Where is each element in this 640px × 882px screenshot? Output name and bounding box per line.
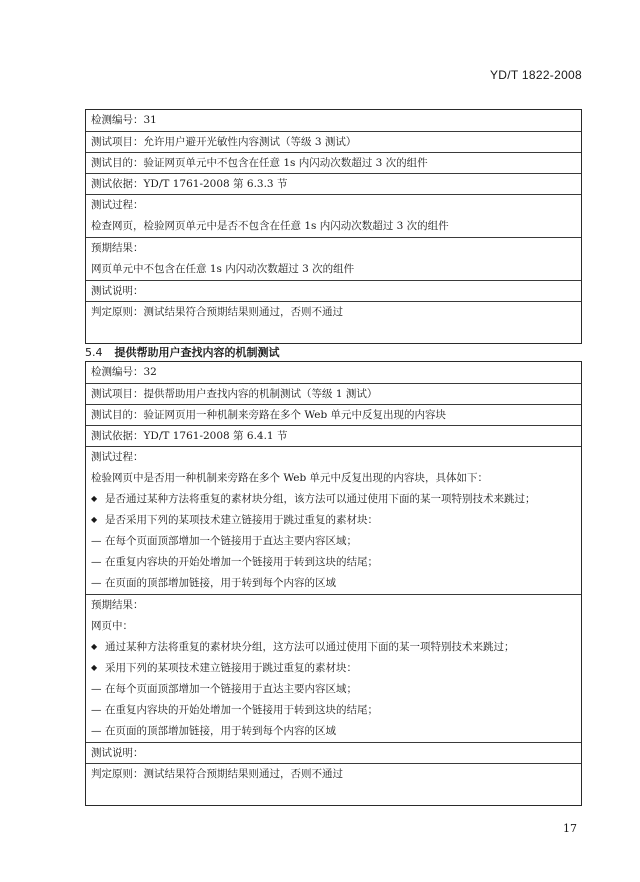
expected-text: 网页单元中不包含在任意 1s 内闪动次数超过 3 次的组件 xyxy=(91,259,581,280)
test-basis-row: 测试依据：YD/T 1761-2008 第 6.3.3 节 xyxy=(86,173,581,194)
expected-dash-item: 在重复内容块的开始处增加一个链接用于转到这块的结尾； xyxy=(91,700,581,721)
expected-result-row: 预期结果： 网页单元中不包含在任意 1s 内闪动次数超过 3 次的组件 xyxy=(86,237,581,280)
section-number: 5.4 xyxy=(85,346,103,359)
test-procedure-row: 测试过程： 检查网页，检验网页单元中是否不包含在任意 1s 内闪动次数超过 3 … xyxy=(86,194,581,237)
test-purpose-row: 测试目的：验证网页单元中不包含在任意 1s 内闪动次数超过 3 次的组件 xyxy=(86,152,581,173)
procedure-label: 测试过程： xyxy=(91,447,581,468)
procedure-dash-item: 在页面的顶部增加链接，用于转到每个内容的区域 xyxy=(91,573,581,594)
section-heading: 5.4提供帮助用户查找内容的机制测试 xyxy=(85,344,280,360)
expected-intro: 网页中： xyxy=(91,616,581,637)
standard-code-header: YD/T 1822-2008 xyxy=(490,68,582,82)
procedure-bullet-item: 是否采用下列的某项技术建立链接用于跳过重复的素材块： xyxy=(91,510,581,531)
expected-label: 预期结果： xyxy=(91,595,581,616)
test-item-row: 测试项目：允许用户避开光敏性内容测试（等级 3 测试） xyxy=(86,131,581,152)
test-purpose-row: 测试目的：验证网页用一种机制来旁路在多个 Web 单元中反复出现的内容块 xyxy=(86,404,581,425)
criteria-row: 判定原则：测试结果符合预期结果则通过，否则不通过 xyxy=(86,763,581,805)
test-procedure-row: 测试过程： 检验网页中是否用一种机制来旁路在多个 Web 单元中反复出现的内容块… xyxy=(86,446,581,594)
procedure-dash-item: 在每个页面顶部增加一个链接用于直达主要内容区域； xyxy=(91,531,581,552)
expected-dash-item: 在页面的顶部增加链接，用于转到每个内容的区域 xyxy=(91,721,581,742)
test-notes-row: 测试说明： xyxy=(86,280,581,301)
test-case-table-31: 检测编号：31 测试项目：允许用户避开光敏性内容测试（等级 3 测试） 测试目的… xyxy=(85,109,582,344)
procedure-dash-item: 在重复内容块的开始处增加一个链接用于转到这块的结尾； xyxy=(91,552,581,573)
expected-dash-item: 在每个页面顶部增加一个链接用于直达主要内容区域； xyxy=(91,679,581,700)
page-number: 17 xyxy=(563,822,577,835)
expected-result-row: 预期结果： 网页中： 通过某种方法将重复的素材块分组，这方法可以通过使用下面的某… xyxy=(86,594,581,742)
test-id-row: 检测编号：32 xyxy=(86,362,581,383)
procedure-bullet-item: 是否通过某种方法将重复的素材块分组，该方法可以通过使用下面的某一项特别技术来跳过… xyxy=(91,489,581,510)
procedure-intro: 检验网页中是否用一种机制来旁路在多个 Web 单元中反复出现的内容块，具体如下： xyxy=(91,468,581,489)
test-notes-row: 测试说明： xyxy=(86,742,581,763)
test-case-table-32: 检测编号：32 测试项目：提供帮助用户查找内容的机制测试（等级 1 测试） 测试… xyxy=(85,361,582,806)
procedure-text: 检查网页，检验网页单元中是否不包含在任意 1s 内闪动次数超过 3 次的组件 xyxy=(91,216,581,237)
expected-bullet-item: 采用下列的某项技术建立链接用于跳过重复的素材块： xyxy=(91,658,581,679)
test-basis-row: 测试依据：YD/T 1761-2008 第 6.4.1 节 xyxy=(86,425,581,446)
section-title: 提供帮助用户查找内容的机制测试 xyxy=(115,346,280,359)
expected-bullet-item: 通过某种方法将重复的素材块分组，这方法可以通过使用下面的某一项特别技术来跳过； xyxy=(91,637,581,658)
expected-label: 预期结果： xyxy=(91,238,581,259)
procedure-label: 测试过程： xyxy=(91,195,581,216)
criteria-row: 判定原则：测试结果符合预期结果则通过，否则不通过 xyxy=(86,301,581,343)
test-id-row: 检测编号：31 xyxy=(86,110,581,131)
test-item-row: 测试项目：提供帮助用户查找内容的机制测试（等级 1 测试） xyxy=(86,383,581,404)
